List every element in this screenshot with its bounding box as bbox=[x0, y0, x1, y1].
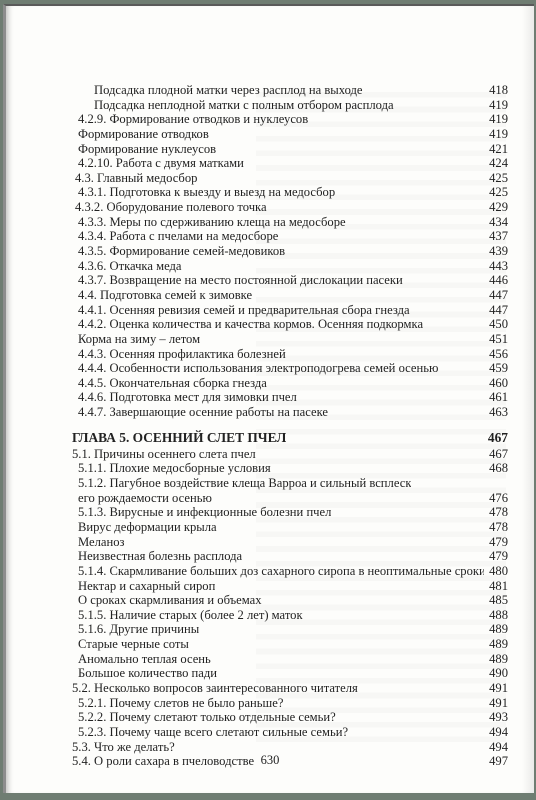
toc-entry[interactable]: Аномально теплая осень489 bbox=[72, 652, 508, 667]
toc-entry-title: Аномально теплая осень bbox=[72, 652, 211, 667]
toc-entry-title: 4.3.2. Оборудование полевого точка bbox=[72, 200, 267, 215]
toc-entry-page: 463 bbox=[484, 405, 508, 420]
toc-entry-title: Большое количество пади bbox=[72, 666, 217, 681]
toc-entry[interactable]: Формирование отводков419 bbox=[72, 127, 508, 142]
toc-entry-page: 447 bbox=[484, 288, 508, 303]
toc-entry-page: 479 bbox=[484, 535, 508, 550]
toc-entry[interactable]: Подсадка плодной матки через расплод на … bbox=[72, 83, 508, 98]
toc-entry-title: 4.4.7. Завершающие осенние работы на пас… bbox=[72, 405, 328, 420]
toc-entry[interactable]: Вирус деформации крыла478 bbox=[72, 520, 508, 535]
toc-entry-title: 5.2.3. Почему чаще всего слетают сильные… bbox=[72, 725, 348, 740]
toc-entry[interactable]: 4.2.9. Формирование отводков и нуклеусов… bbox=[72, 112, 508, 127]
toc-entry-page: 478 bbox=[484, 520, 508, 535]
toc-entry-title: 4.3.4. Работа с пчелами на медосборе bbox=[72, 229, 278, 244]
toc-entry-page: 419 bbox=[484, 98, 508, 113]
toc-entry-page: 419 bbox=[484, 127, 508, 142]
table-of-contents: Подсадка плодной матки через расплод на … bbox=[72, 83, 508, 769]
toc-entry-title: Вирус деформации крыла bbox=[72, 520, 217, 535]
toc-entry-title: Корма на зиму – летом bbox=[72, 332, 200, 347]
toc-entry-title: 5.1. Причины осеннего слета пчел bbox=[72, 447, 256, 462]
toc-section-chapter-4: Подсадка плодной матки через расплод на … bbox=[72, 83, 508, 420]
toc-entry[interactable]: 4.4.3. Осенняя профилактика болезней456 bbox=[72, 347, 508, 362]
toc-entry-title: 4.4.3. Осенняя профилактика болезней bbox=[72, 347, 286, 362]
toc-entry[interactable]: 5.1.3. Вирусные и инфекционные болезни п… bbox=[72, 505, 508, 520]
toc-entry[interactable]: 4.3.7. Возвращение на место постоянной д… bbox=[72, 273, 508, 288]
toc-entry-page: 461 bbox=[484, 390, 508, 405]
toc-entry-page: 443 bbox=[484, 259, 508, 274]
toc-entry-title: Меланоз bbox=[72, 535, 125, 550]
toc-entry-page: 437 bbox=[484, 229, 508, 244]
toc-entry-title: 4.4. Подготовка семей к зимовке bbox=[72, 288, 252, 303]
toc-entry[interactable]: Большое количество пади490 bbox=[72, 666, 508, 681]
scanned-page-background: Подсадка плодной матки через расплод на … bbox=[0, 0, 536, 800]
toc-entry-page: 460 bbox=[484, 376, 508, 391]
toc-entry-title: Неизвестная болезнь расплода bbox=[72, 549, 242, 564]
toc-entry[interactable]: Нектар и сахарный сироп481 bbox=[72, 579, 508, 594]
toc-entry-title: Нектар и сахарный сироп bbox=[72, 579, 215, 594]
toc-entry[interactable]: О сроках скармливания и объемах485 bbox=[72, 593, 508, 608]
toc-entry-page: 485 bbox=[484, 593, 508, 608]
toc-entry-title: 4.4.1. Осенняя ревизия семей и предварит… bbox=[72, 303, 410, 318]
toc-entry-page: 451 bbox=[484, 332, 508, 347]
toc-entry-title: 5.1.4. Скармливание больших доз сахарног… bbox=[72, 564, 484, 579]
toc-entry-title: Подсадка плодной матки через расплод на … bbox=[72, 83, 363, 98]
toc-entry-title: 5.1.1. Плохие медосборные условия bbox=[72, 461, 271, 476]
toc-entry-page: 419 bbox=[484, 112, 508, 127]
toc-entry-page: 479 bbox=[484, 549, 508, 564]
toc-entry-page: 446 bbox=[484, 273, 508, 288]
toc-entry[interactable]: 5.1.5. Наличие старых (более 2 лет) мато… bbox=[72, 608, 508, 623]
toc-entry[interactable]: Корма на зиму – летом451 bbox=[72, 332, 508, 347]
toc-entry[interactable]: его рождаемости осенью476 bbox=[72, 491, 508, 506]
toc-entry-title: Формирование нуклеусов bbox=[72, 142, 216, 157]
toc-entry-page: 439 bbox=[484, 244, 508, 259]
toc-entry[interactable]: 4.4. Подготовка семей к зимовке447 bbox=[72, 288, 508, 303]
toc-entry-page: 494 bbox=[484, 740, 508, 755]
toc-entry-page: 447 bbox=[484, 303, 508, 318]
toc-entry[interactable]: 5.2.1. Почему слетов не было раньше?491 bbox=[72, 696, 508, 711]
toc-entry[interactable]: 4.3.1. Подготовка к выезду и выезд на ме… bbox=[72, 185, 508, 200]
toc-entry[interactable]: 5.1.6. Другие причины489 bbox=[72, 622, 508, 637]
toc-entry-page: 421 bbox=[484, 142, 508, 157]
toc-entry[interactable]: 4.4.2. Оценка количества и качества корм… bbox=[72, 317, 508, 332]
toc-entry[interactable]: 5.2. Несколько вопросов заинтересованног… bbox=[72, 681, 508, 696]
toc-chapter-heading[interactable]: ГЛАВА 5. ОСЕННИЙ СЛЕТ ПЧЕЛ 467 bbox=[72, 429, 508, 446]
toc-entry-title: 4.4.5. Окончательная сборка гнезда bbox=[72, 376, 267, 391]
toc-entry-page: 467 bbox=[484, 447, 508, 462]
toc-entry-title: 5.1.3. Вирусные и инфекционные болезни п… bbox=[72, 505, 331, 520]
toc-entry[interactable]: Неизвестная болезнь расплода479 bbox=[72, 549, 508, 564]
toc-entry-title: 5.2.2. Почему слетают только отдельные с… bbox=[72, 710, 336, 725]
toc-entry-title: 5.2.1. Почему слетов не было раньше? bbox=[72, 696, 283, 711]
toc-entry[interactable]: 4.4.7. Завершающие осенние работы на пас… bbox=[72, 405, 508, 420]
toc-entry-page: 425 bbox=[484, 171, 508, 186]
toc-entry-page: 476 bbox=[484, 491, 508, 506]
toc-entry-title: 5.2. Несколько вопросов заинтересованног… bbox=[72, 681, 358, 696]
toc-entry-page: 489 bbox=[484, 637, 508, 652]
toc-section-chapter-5: 5.1. Причины осеннего слета пчел4675.1.1… bbox=[72, 447, 508, 769]
toc-entry[interactable]: Старые черные соты489 bbox=[72, 637, 508, 652]
toc-entry-title: 5.1.2. Пагубное воздействие клеща Варроа… bbox=[72, 476, 411, 491]
toc-entry[interactable]: 5.1.1. Плохие медосборные условия468 bbox=[72, 461, 508, 476]
toc-entry-page: 434 bbox=[484, 215, 508, 230]
toc-entry-title: 4.2.9. Формирование отводков и нуклеусов bbox=[72, 112, 308, 127]
toc-entry[interactable]: 5.2.3. Почему чаще всего слетают сильные… bbox=[72, 725, 508, 740]
toc-entry-page: 489 bbox=[484, 652, 508, 667]
chapter-title: ГЛАВА 5. ОСЕННИЙ СЛЕТ ПЧЕЛ bbox=[72, 429, 286, 446]
toc-entry[interactable]: 4.3.3. Меры по сдерживанию клеща на медо… bbox=[72, 215, 508, 230]
toc-entry-title: 4.3.5. Формирование семей-медовиков bbox=[72, 244, 285, 259]
toc-entry-title: 4.3. Главный медосбор bbox=[72, 171, 197, 186]
toc-entry[interactable]: 4.4.4. Особенности использования электро… bbox=[72, 361, 508, 376]
toc-entry[interactable]: 4.3. Главный медосбор425 bbox=[72, 171, 508, 186]
toc-entry-title: его рождаемости осенью bbox=[72, 491, 212, 506]
toc-entry-page: 493 bbox=[484, 710, 508, 725]
toc-entry-page: 468 bbox=[484, 461, 508, 476]
toc-entry-page: 425 bbox=[484, 185, 508, 200]
toc-entry[interactable]: 4.3.2. Оборудование полевого точка429 bbox=[72, 200, 508, 215]
toc-entry[interactable]: Меланоз479 bbox=[72, 535, 508, 550]
toc-entry-title: О сроках скармливания и объемах bbox=[72, 593, 262, 608]
toc-entry[interactable]: 5.1.2. Пагубное воздействие клеща Варроа… bbox=[72, 476, 508, 491]
toc-entry-page: 459 bbox=[484, 361, 508, 376]
toc-entry[interactable]: 4.3.5. Формирование семей-медовиков439 bbox=[72, 244, 508, 259]
toc-entry[interactable]: 4.2.10. Работа с двумя матками424 bbox=[72, 156, 508, 171]
toc-entry-page: 418 bbox=[484, 83, 508, 98]
toc-entry-page: 488 bbox=[484, 608, 508, 623]
toc-entry-page: 481 bbox=[484, 579, 508, 594]
toc-entry-title: Подсадка неплодной матки с полным отборо… bbox=[72, 98, 394, 113]
toc-entry-page: 490 bbox=[484, 666, 508, 681]
toc-entry[interactable]: 5.1. Причины осеннего слета пчел467 bbox=[72, 447, 508, 462]
toc-entry-title: 4.4.4. Особенности использования электро… bbox=[72, 361, 438, 376]
toc-entry-title: 4.3.1. Подготовка к выезду и выезд на ме… bbox=[72, 185, 335, 200]
toc-entry-title: 4.2.10. Работа с двумя матками bbox=[72, 156, 244, 171]
toc-entry[interactable]: Формирование нуклеусов421 bbox=[72, 142, 508, 157]
toc-entry[interactable]: 5.2.2. Почему слетают только отдельные с… bbox=[72, 710, 508, 725]
toc-entry-title: 5.1.5. Наличие старых (более 2 лет) мато… bbox=[72, 608, 303, 623]
toc-entry-page: 480 bbox=[484, 564, 508, 579]
toc-entry-page: 450 bbox=[484, 317, 508, 332]
toc-entry[interactable]: 4.4.5. Окончательная сборка гнезда460 bbox=[72, 376, 508, 391]
page-number: 630 bbox=[6, 753, 534, 768]
toc-entry-title: 4.3.7. Возвращение на место постоянной д… bbox=[72, 273, 403, 288]
toc-entry[interactable]: 4.4.1. Осенняя ревизия семей и предварит… bbox=[72, 303, 508, 318]
toc-entry-page: 491 bbox=[484, 696, 508, 711]
toc-entry[interactable]: 5.1.4. Скармливание больших доз сахарног… bbox=[72, 564, 508, 579]
toc-entry-title: 4.3.3. Меры по сдерживанию клеща на медо… bbox=[72, 215, 346, 230]
chapter-page-number: 467 bbox=[484, 429, 508, 446]
toc-entry[interactable]: Подсадка неплодной матки с полным отборо… bbox=[72, 98, 508, 113]
toc-entry-page: 489 bbox=[484, 622, 508, 637]
toc-entry-page: 456 bbox=[484, 347, 508, 362]
toc-entry-title: 5.3. Что же делать? bbox=[72, 740, 175, 755]
toc-entry-title: Старые черные соты bbox=[72, 637, 189, 652]
toc-entry-page: 429 bbox=[484, 200, 508, 215]
toc-entry[interactable]: 5.3. Что же делать?494 bbox=[72, 740, 508, 755]
toc-entry[interactable]: 4.3.6. Откачка меда443 bbox=[72, 259, 508, 274]
toc-entry-page: 478 bbox=[484, 505, 508, 520]
toc-entry-title: Формирование отводков bbox=[72, 127, 209, 142]
toc-entry-page: 491 bbox=[484, 681, 508, 696]
toc-entry-title: 4.3.6. Откачка меда bbox=[72, 259, 182, 274]
toc-entry-title: 4.4.6. Подготовка мест для зимовки пчел bbox=[72, 390, 297, 405]
toc-entry[interactable]: 4.3.4. Работа с пчелами на медосборе437 bbox=[72, 229, 508, 244]
toc-entry-page: 494 bbox=[484, 725, 508, 740]
toc-entry-page: 424 bbox=[484, 156, 508, 171]
toc-entry-title: 5.1.6. Другие причины bbox=[72, 622, 199, 637]
toc-entry[interactable]: 4.4.6. Подготовка мест для зимовки пчел4… bbox=[72, 390, 508, 405]
book-page: Подсадка плодной матки через расплод на … bbox=[3, 4, 534, 793]
toc-entry-title: 4.4.2. Оценка количества и качества корм… bbox=[72, 317, 423, 332]
